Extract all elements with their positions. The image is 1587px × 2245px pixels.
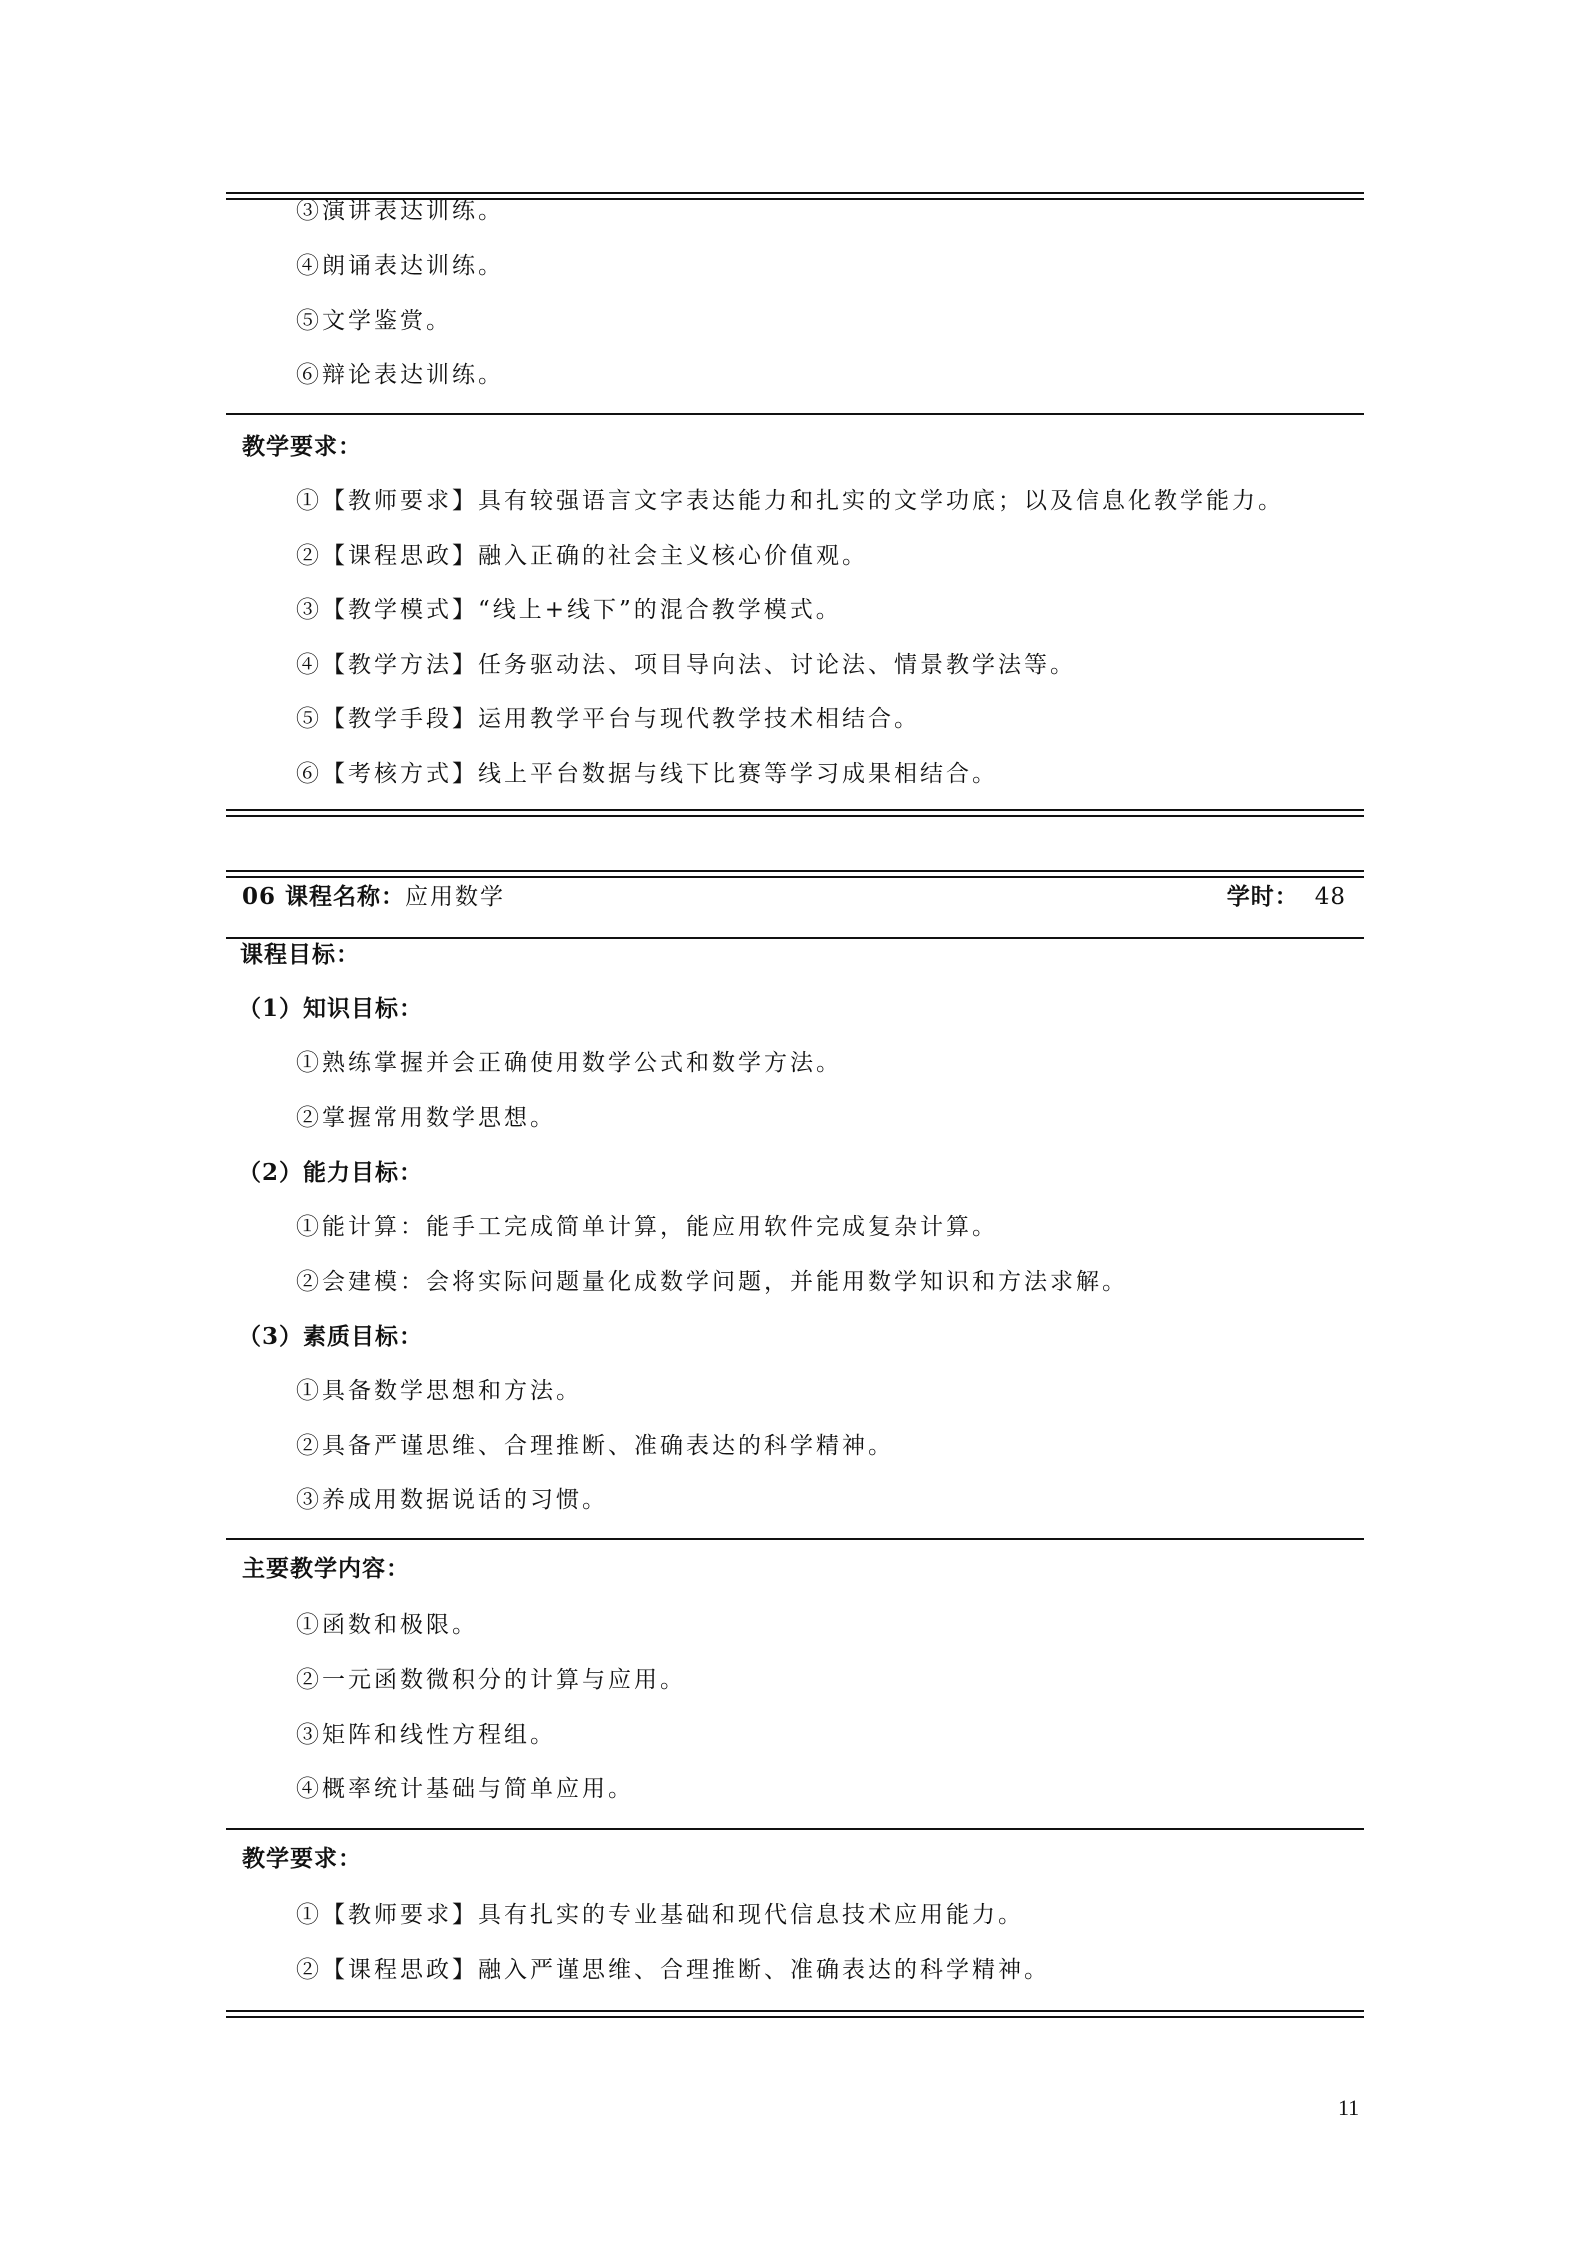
requirement-item: ②【课程思政】融入严谨思维、合理推断、准确表达的科学精神。 bbox=[296, 1955, 1050, 1985]
course-hours: 学时：48 bbox=[1227, 882, 1346, 912]
quality-heading: （3）素质目标： bbox=[238, 1322, 423, 1352]
content-item: ③演讲表达训练。 bbox=[296, 196, 504, 226]
knowledge-item: ②掌握常用数学思想。 bbox=[296, 1103, 556, 1133]
content-heading: 主要教学内容： bbox=[242, 1554, 410, 1584]
course-name-label: 06 课程名称： bbox=[242, 883, 405, 910]
hours-label: 学时： bbox=[1227, 883, 1299, 910]
requirement-item: ②【课程思政】融入正确的社会主义核心价值观。 bbox=[296, 541, 868, 571]
content-item: ②一元函数微积分的计算与应用。 bbox=[296, 1665, 686, 1695]
requirement-item: ①【教师要求】具有扎实的专业基础和现代信息技术应用能力。 bbox=[296, 1900, 1024, 1930]
course-table-06: 06 课程名称：应用数学 学时：48 课程目标： （1）知识目标： ①熟练掌握并… bbox=[226, 870, 1364, 2030]
requirement-item: ④【教学方法】任务驱动法、项目导向法、讨论法、情景教学法等。 bbox=[296, 650, 1076, 680]
requirement-item: ⑤【教学手段】运用教学平台与现代教学技术相结合。 bbox=[296, 704, 920, 734]
requirements-heading: 教学要求： bbox=[242, 1844, 362, 1874]
requirement-item: ③【教学模式】“线上+线下”的混合教学模式。 bbox=[296, 595, 842, 625]
section-divider bbox=[226, 413, 1364, 415]
content-item: ④概率统计基础与简单应用。 bbox=[296, 1774, 634, 1804]
knowledge-heading: （1）知识目标： bbox=[238, 994, 423, 1024]
content-item: ⑥辩论表达训练。 bbox=[296, 360, 504, 390]
content-item: ③矩阵和线性方程组。 bbox=[296, 1720, 556, 1750]
table-top-border bbox=[226, 870, 1364, 878]
table-bottom-border bbox=[226, 2010, 1364, 2018]
header-divider bbox=[226, 937, 1364, 939]
goals-heading: 课程目标： bbox=[240, 940, 360, 970]
content-item: ④朗诵表达训练。 bbox=[296, 251, 504, 281]
section-divider bbox=[226, 1828, 1364, 1830]
knowledge-item: ①熟练掌握并会正确使用数学公式和数学方法。 bbox=[296, 1048, 842, 1078]
page-number: 11 bbox=[1338, 2095, 1359, 2121]
requirement-item: ⑥【考核方式】线上平台数据与线下比赛等学习成果相结合。 bbox=[296, 759, 998, 789]
course-name: 06 课程名称：应用数学 bbox=[242, 882, 505, 912]
course-name-value: 应用数学 bbox=[405, 884, 505, 910]
section-divider bbox=[226, 1538, 1364, 1540]
quality-item: ②具备严谨思维、合理推断、准确表达的科学精神。 bbox=[296, 1431, 894, 1461]
ability-item: ②会建模：会将实际问题量化成数学问题，并能用数学知识和方法求解。 bbox=[296, 1267, 1128, 1297]
ability-item: ①能计算：能手工完成简单计算，能应用软件完成复杂计算。 bbox=[296, 1212, 998, 1242]
document-page: ③演讲表达训练。 ④朗诵表达训练。 ⑤文学鉴赏。 ⑥辩论表达训练。 教学要求： … bbox=[0, 0, 1587, 2245]
requirements-heading: 教学要求： bbox=[242, 432, 362, 462]
content-item: ⑤文学鉴赏。 bbox=[296, 306, 452, 336]
table-bottom-border bbox=[226, 809, 1364, 817]
content-item: ①函数和极限。 bbox=[296, 1610, 478, 1640]
ability-heading: （2）能力目标： bbox=[238, 1158, 423, 1188]
quality-item: ①具备数学思想和方法。 bbox=[296, 1376, 582, 1406]
requirement-item: ①【教师要求】具有较强语言文字表达能力和扎实的文学功底；以及信息化教学能力。 bbox=[296, 486, 1284, 516]
course-table-prev: ③演讲表达训练。 ④朗诵表达训练。 ⑤文学鉴赏。 ⑥辩论表达训练。 教学要求： … bbox=[226, 192, 1364, 812]
hours-value: 48 bbox=[1315, 884, 1346, 910]
quality-item: ③养成用数据说话的习惯。 bbox=[296, 1485, 608, 1515]
